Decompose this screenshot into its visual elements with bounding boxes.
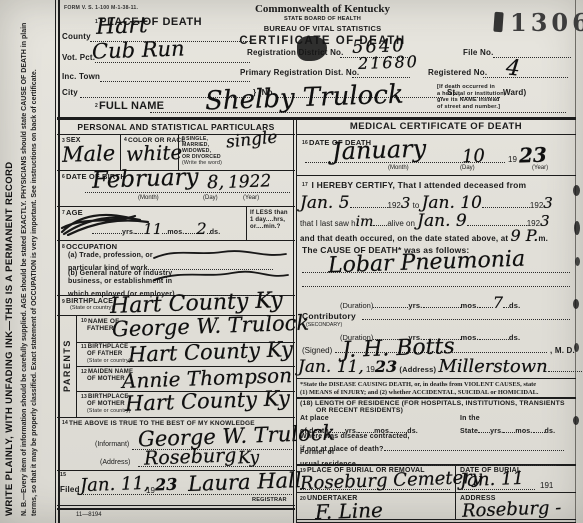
cause-duration-line: (Duration)yrs.mos.7ds. <box>340 298 520 311</box>
contributory-line <box>362 319 570 320</box>
scan-artifact <box>573 416 579 425</box>
last-saw-year: 3 <box>540 212 550 230</box>
birthplace-sublabel: (State or country) <box>70 305 113 312</box>
margin-nb-note: N. B.—Every item of information should b… <box>20 10 39 516</box>
saw-him-fill: im <box>356 214 374 230</box>
signed-label: (Signed) <box>302 346 332 355</box>
medical-title-rule <box>297 134 576 135</box>
mother-birthplace-label: 13BIRTHPLACE OF MOTHER (State or country… <box>81 394 131 415</box>
occupation-a-scribble <box>152 244 290 262</box>
registrar-label: REGISTRAR <box>252 497 287 504</box>
filed-date-value: Jan. 11, <box>80 473 150 496</box>
form-number: FORM V. S. 1-100 M-1-38-11. <box>64 5 138 11</box>
vot-pct-value: Cub Run <box>92 36 185 63</box>
time-of-death-value: 9 P. <box>510 226 538 245</box>
occupation-b-scribble <box>152 266 290 284</box>
dob-row-rule <box>57 206 295 207</box>
physician-address-value: Millerstown <box>438 356 547 377</box>
burial-date-year-print: 191 <box>540 481 553 490</box>
attended-to-value: Jan. 10 <box>422 193 482 213</box>
footnote-line1: *State the DISEASE CAUSING DEATH, or, in… <box>300 381 536 388</box>
scan-artifact <box>573 299 579 309</box>
informant-label: (Informant) <box>95 441 129 449</box>
dob-day-sublabel: (Day) <box>203 195 218 202</box>
dod-month-sublabel: (Month) <box>388 165 409 172</box>
attended-from-year: 3 <box>401 194 411 212</box>
registration-district-label: Registration District No. <box>247 48 344 57</box>
city-st-label: St., <box>447 88 460 97</box>
inc-town-line <box>100 81 250 82</box>
ink-blot <box>297 36 327 61</box>
primary-district-value: 21680 <box>358 52 420 73</box>
stamp-mark <box>493 12 503 33</box>
attended-from-value: Jan. 5 <box>300 193 350 213</box>
registered-no-label: Registered No. <box>428 68 487 77</box>
residence-in-state-line2: Stateyrs.mos.ds. <box>460 423 555 436</box>
last-saw-date: Jan. 9 <box>417 211 467 231</box>
signed-date-line: Jan. 11, 1923 (Address) Millerstown <box>298 362 583 375</box>
md-label: , M. D. <box>550 346 575 355</box>
primary-district-line <box>352 77 410 78</box>
form-left-border-inner <box>58 0 60 523</box>
informant-address-label: (Address) <box>100 459 130 467</box>
file-no-label: File No. <box>463 48 494 57</box>
footnote-line2: (1) MEANS of INJURY; and (2) whether ACC… <box>300 389 539 396</box>
medical-section-title: MEDICAL CERTIFICATE OF DEATH <box>297 122 575 133</box>
informant-address-state: Ky <box>238 448 260 469</box>
certify-line4: and that death occured, on the date stat… <box>300 231 548 243</box>
age-less-divider <box>246 206 247 240</box>
parents-vertical-label: PARENTS <box>62 339 72 392</box>
undertaker-address-value: Roseburg - <box>462 497 562 521</box>
parents-bottom-rule <box>57 417 295 418</box>
dob-month-sublabel: (Month) <box>138 195 159 202</box>
undertaker-value: F. Line <box>315 498 384 523</box>
scan-artifact <box>573 185 580 196</box>
state-board-line: STATE BOARD OF HEALTH <box>230 16 415 23</box>
contributory-label: Contributory <box>302 312 356 322</box>
marital-label: 5SINGLE, MARRIED, WIDOWED, OR DIVORCED (… <box>182 136 222 166</box>
residence-label-line1: (18) LENGTH OF RESIDENCE (FOR HOSPITALS,… <box>300 400 565 407</box>
certify-line1: 17 I HEREBY CERTIFY, That I attended dec… <box>302 181 526 191</box>
certify-line2: Jan. 51923 to Jan. 101923 <box>300 198 553 210</box>
dob-day-value: 8, <box>207 172 225 194</box>
commonwealth-title: Commonwealth of Kentucky <box>230 3 415 15</box>
dod-year-print: 19 <box>508 155 517 164</box>
dob-year-sublabel: (Year) <box>243 195 259 202</box>
serial-number: 1306 <box>510 8 583 37</box>
occupation-a-line1: (a) Trade, profession, or <box>68 252 153 260</box>
age-ds-value: 2 <box>197 219 207 238</box>
father-birthplace-value: Hart County Ky <box>128 337 294 367</box>
color-race-value: white <box>126 140 183 166</box>
county-value: Hart <box>96 13 149 40</box>
vot-pct-label: Vot. Pct. <box>62 53 95 62</box>
city-ward-label: Ward) <box>503 88 526 97</box>
cause-line2 <box>302 286 570 287</box>
scan-artifact <box>575 257 580 266</box>
left-bottom-rule-1 <box>57 505 295 506</box>
filed-number: 15 <box>60 472 66 478</box>
cause-duration-days-value: 7 <box>493 293 503 312</box>
header-divider-rule <box>57 117 576 120</box>
marital-value: single <box>225 127 278 152</box>
age-row-rule <box>57 240 295 241</box>
scan-artifact <box>574 221 580 235</box>
dob-year-value: 1922 <box>228 171 272 192</box>
physician-signature: J. H. Botts <box>342 334 455 363</box>
age-scribble <box>60 210 160 236</box>
dod-year-value: 23 <box>519 143 548 168</box>
father-birthplace-label: 11BIRTHPLACE OF FATHER (State or country… <box>81 344 131 365</box>
dod-month-value: January <box>332 134 427 165</box>
dod-row-rule <box>297 175 576 176</box>
disease-contracted-line2: if not at place of death? <box>300 441 564 454</box>
age-mos-label: mos. <box>167 229 184 236</box>
scan-artifact <box>574 343 579 352</box>
margin-write-plainly-text: WRITE PLAINLY, WITH UNFADING INK—THIS IS… <box>4 161 15 516</box>
city-label: City <box>62 88 78 97</box>
full-name-label: 2FULL NAME <box>95 100 164 112</box>
registrar-signature: Laura Hall <box>188 468 302 496</box>
attended-to-year: 3 <box>543 194 553 212</box>
informant-address-value: Roseburg <box>144 444 237 469</box>
filed-label: Filed <box>60 485 80 494</box>
full-name-value: Shelby Trulock <box>205 80 405 117</box>
footnote-top-rule <box>297 378 576 379</box>
form-left-border-outer <box>55 0 56 523</box>
print-code: 11—8194 <box>76 512 102 519</box>
residence-label-line2: OR RECENT RESIDENTS) <box>316 407 403 414</box>
dod-day-value: 10 <box>462 146 486 168</box>
sex-color-divider <box>120 134 121 170</box>
primary-district-label: Primary Registration Dist. No. <box>240 68 359 77</box>
registered-no-line <box>483 77 568 78</box>
inc-town-label: Inc. Town <box>62 72 100 81</box>
mother-birthplace-value: Hart County Ky <box>125 386 291 416</box>
filed-year-value: 23 <box>155 475 178 495</box>
file-no-line <box>493 57 571 58</box>
age-ds-label: ds. <box>210 229 221 236</box>
county-label: County <box>62 32 91 41</box>
registered-no-value: 4 <box>505 55 522 81</box>
residence-in-state-line1: In the <box>460 415 480 423</box>
left-bottom-rule-2 <box>57 508 295 510</box>
dob-month-value: February <box>92 164 199 194</box>
age-less-label: If LESS than 1 day....hrs, or....min.? <box>250 210 288 231</box>
sex-value: Male <box>62 141 116 167</box>
burial-date-value: Jan. 11 <box>460 468 525 491</box>
footnote-bottom-rule <box>297 397 576 399</box>
bureau-line: BUREAU OF VITAL STATISTICS <box>230 25 415 34</box>
secondary-sublabel: (SECONDARY) <box>306 322 342 328</box>
death-certificate-scan: WRITE PLAINLY, WITH UNFADING INK—THIS IS… <box>0 0 583 523</box>
occupation-label: 8OCCUPATION <box>62 243 117 252</box>
